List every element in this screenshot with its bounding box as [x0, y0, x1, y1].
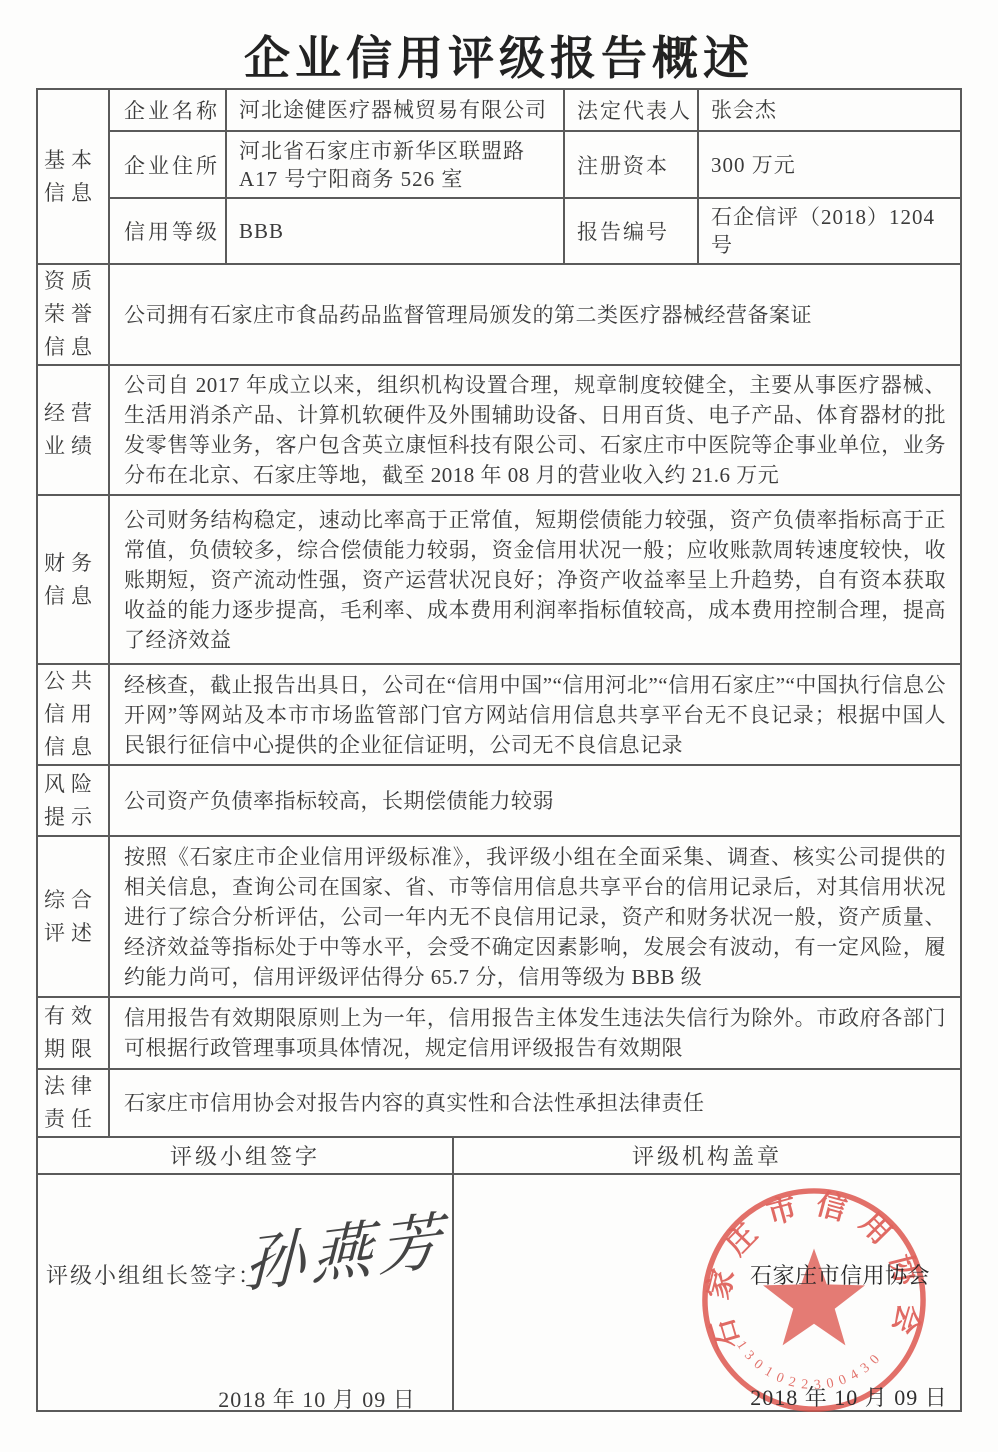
document-page: 企业信用评级报告概述 基本信息 企业名称 河北途健医疗器械贸易有限公司 法定代表… — [0, 0, 998, 1452]
seal-cell: 石家庄市信用协会 1301022300430 石家庄市信用协会 2018 年 1… — [454, 1175, 960, 1410]
organization-name: 石家庄市信用协会 — [750, 1259, 930, 1290]
field-value-company-name: 河北途健医疗器械贸易有限公司 — [227, 90, 565, 130]
field-label-company-name: 企业名称 — [110, 90, 227, 130]
seal-column-header: 评级机构盖章 — [454, 1138, 960, 1173]
section-label: 资质荣誉信息 — [44, 265, 102, 364]
section-public-credit: 公共信用信息 经核查，截止报告出具日，公司在“信用中国”“信用河北”“信用石家庄… — [38, 665, 960, 766]
report-table: 基本信息 企业名称 河北途健医疗器械贸易有限公司 法定代表人 张会杰 企业住所 … — [36, 88, 962, 1412]
section-overall-review: 综合评述 按照《石家庄市企业信用评级标准》，我评级小组在全面采集、调查、核实公司… — [38, 837, 960, 998]
section-qualification: 资质荣誉信息 公司拥有石家庄市食品药品监督管理局颁发的第二类医疗器械经营备案证 — [38, 265, 960, 366]
signature-cell: 评级小组组长签字： 孙燕芳 2018 年 10 月 09 日 — [38, 1175, 454, 1410]
page-title: 企业信用评级报告概述 — [0, 22, 998, 88]
field-value-legal-rep: 张会杰 — [699, 90, 960, 130]
section-label: 法律责任 — [44, 1070, 102, 1136]
table-row: 企业名称 河北途健医疗器械贸易有限公司 法定代表人 张会杰 — [110, 90, 960, 132]
section-business-performance: 经营业绩 公司自 2017 年成立以来，组织机构设置合理，规章制度较健全，主要从… — [38, 366, 960, 496]
signature-column-header: 评级小组签字 — [38, 1138, 454, 1173]
section-text: 经核查，截止报告出具日，公司在“信用中国”“信用河北”“信用石家庄”“中国执行信… — [124, 670, 946, 760]
section-text: 公司财务结构稳定，速动比率高于正常值，短期偿债能力较强，资产负债率指标高于正常值… — [124, 505, 946, 655]
section-risk-warning: 风险提示 公司资产负债率指标较高，长期偿债能力较弱 — [38, 766, 960, 837]
field-value-address: 河北省石家庄市新华区联盟路 A17 号宁阳商务 526 室 — [227, 132, 565, 197]
section-label: 财务信息 — [44, 547, 102, 613]
field-label-legal-rep: 法定代表人 — [565, 90, 699, 130]
handwritten-signature: 孙燕芳 — [243, 1190, 447, 1305]
section-text: 公司自 2017 年成立以来，组织机构设置合理，规章制度较健全，主要从事医疗器械… — [124, 370, 946, 490]
field-label-reg-capital: 注册资本 — [565, 132, 699, 197]
field-value-reg-capital: 300 万元 — [699, 132, 960, 197]
section-text: 按照《石家庄市企业信用评级标准》，我评级小组在全面采集、调查、核实公司提供的相关… — [124, 842, 946, 992]
field-label-address: 企业住所 — [110, 132, 227, 197]
footer-header-row: 评级小组签字 评级机构盖章 — [38, 1138, 960, 1175]
section-basic-info: 基本信息 企业名称 河北途健医疗器械贸易有限公司 法定代表人 张会杰 企业住所 … — [38, 90, 960, 265]
field-label-report-number: 报告编号 — [565, 199, 699, 263]
leader-signature-label: 评级小组组长签字： — [46, 1259, 262, 1290]
table-row: 企业住所 河北省石家庄市新华区联盟路 A17 号宁阳商务 526 室 注册资本 … — [110, 132, 960, 199]
section-text: 石家庄市信用协会对报告内容的真实性和合法性承担法律责任 — [124, 1088, 946, 1118]
section-label: 经营业绩 — [44, 397, 102, 463]
section-legal-responsibility: 法律责任 石家庄市信用协会对报告内容的真实性和合法性承担法律责任 — [38, 1070, 960, 1138]
field-value-credit-grade: BBB — [227, 199, 565, 263]
table-row: 信用等级 BBB 报告编号 石企信评（2018）1204 号 — [110, 199, 960, 263]
section-label: 有效期限 — [44, 1000, 102, 1066]
section-label: 公共信用信息 — [44, 665, 102, 764]
footer-body-row: 评级小组组长签字： 孙燕芳 2018 年 10 月 09 日 石家庄市信用协会 — [38, 1175, 960, 1410]
field-value-report-number: 石企信评（2018）1204 号 — [699, 199, 960, 263]
field-label-credit-grade: 信用等级 — [110, 199, 227, 263]
section-label-basic-info: 基本信息 — [38, 90, 110, 263]
section-label: 综合评述 — [44, 884, 102, 950]
section-text: 公司拥有石家庄市食品药品监督管理局颁发的第二类医疗器械经营备案证 — [124, 300, 946, 330]
section-financial-info: 财务信息 公司财务结构稳定，速动比率高于正常值，短期偿债能力较强，资产负债率指标… — [38, 496, 960, 665]
seal-date: 2018 年 10 月 09 日 — [724, 1381, 974, 1412]
section-label: 风险提示 — [44, 768, 102, 834]
section-text: 信用报告有效期限原则上为一年，信用报告主体发生违法失信行为除外。市政府各部门可根… — [124, 1003, 946, 1063]
section-text: 公司资产负债率指标较高，长期偿债能力较弱 — [124, 786, 946, 816]
section-validity-period: 有效期限 信用报告有效期限原则上为一年，信用报告主体发生违法失信行为除外。市政府… — [38, 998, 960, 1070]
signature-date: 2018 年 10 月 09 日 — [192, 1383, 442, 1414]
